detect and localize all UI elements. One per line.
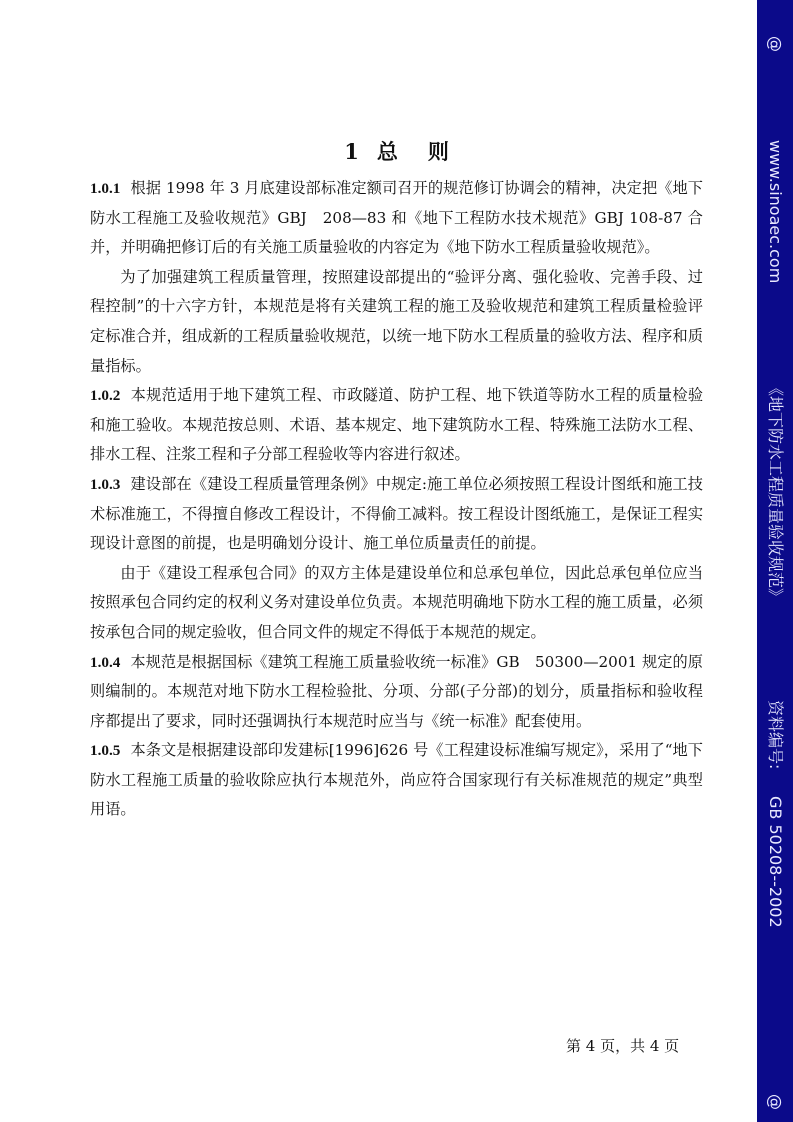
section-1-0-4: 1.0.4本规范是根据国标《建筑工程施工质量验收统一标准》GB 50300—20… — [90, 648, 703, 737]
document-page: 1总则 1.0.1根据 1998 年 3 月底建设部标准定额司召开的规范修订协调… — [0, 0, 757, 1122]
section-1-0-1: 1.0.1根据 1998 年 3 月底建设部标准定额司召开的规范修订协调会的精神… — [90, 174, 703, 263]
section-text: 本规范适用于地下建筑工程、市政隧道、防护工程、地下铁道等防水工程的质量检验和施工… — [90, 386, 703, 463]
section-1-0-1-paragraph-2: 为了加强建筑工程质量管理，按照建设部提出的“验评分离、强化验收、完善手段、过程控… — [90, 263, 703, 381]
sidebar-website-link[interactable]: www.sinoaec.com — [757, 140, 793, 283]
section-text: 本规范是根据国标《建筑工程施工质量验收统一标准》GB 50300—2001 规定… — [90, 653, 703, 730]
sidebar-doc-title: 《地下防水工程质量验收规范》 — [757, 380, 793, 604]
chapter-number: 1 — [344, 139, 359, 164]
section-1-0-3-paragraph-2: 由于《建设工程承包合同》的双方主体是建设单位和总承包单位，因此总承包单位应当按照… — [90, 559, 703, 648]
section-number: 1.0.5 — [90, 742, 120, 759]
watermark-sidebar: @ www.sinoaec.com 《地下防水工程质量验收规范》 资料编号: G… — [757, 0, 793, 1122]
section-number: 1.0.4 — [90, 654, 120, 671]
chapter-title-word-2: 则 — [428, 136, 449, 166]
at-icon: @ — [757, 36, 793, 52]
section-text: 建设部在《建设工程质量管理条例》中规定:施工单位必须按照工程设计图纸和施工技术标… — [90, 475, 703, 552]
section-number: 1.0.1 — [90, 180, 120, 197]
chapter-title: 1总则 — [0, 136, 793, 166]
document-body: 1.0.1根据 1998 年 3 月底建设部标准定额司召开的规范修订协调会的精神… — [90, 174, 703, 825]
sidebar-ref-label: 资料编号: — [757, 700, 793, 769]
section-1-0-2: 1.0.2本规范适用于地下建筑工程、市政隧道、防护工程、地下铁道等防水工程的质量… — [90, 381, 703, 470]
section-text: 根据 1998 年 3 月底建设部标准定额司召开的规范修订协调会的精神，决定把《… — [90, 179, 703, 256]
chapter-title-word-1: 总 — [377, 136, 398, 166]
section-number: 1.0.3 — [90, 476, 120, 493]
section-number: 1.0.2 — [90, 387, 120, 404]
section-1-0-5: 1.0.5本条文是根据建设部印发建标[1996]626 号《工程建设标准编写规定… — [90, 736, 703, 825]
section-text: 本条文是根据建设部印发建标[1996]626 号《工程建设标准编写规定》，采用了… — [90, 741, 703, 818]
page-footer: 第 4 页，共 4 页 — [566, 1035, 679, 1056]
sidebar-vertical-text: @ www.sinoaec.com 《地下防水工程质量验收规范》 资料编号: G… — [757, 0, 793, 1122]
section-1-0-3: 1.0.3建设部在《建设工程质量管理条例》中规定:施工单位必须按照工程设计图纸和… — [90, 470, 703, 559]
sidebar-ref-code: GB 50208--2002 — [757, 796, 793, 928]
at-icon: @ — [757, 1094, 793, 1110]
